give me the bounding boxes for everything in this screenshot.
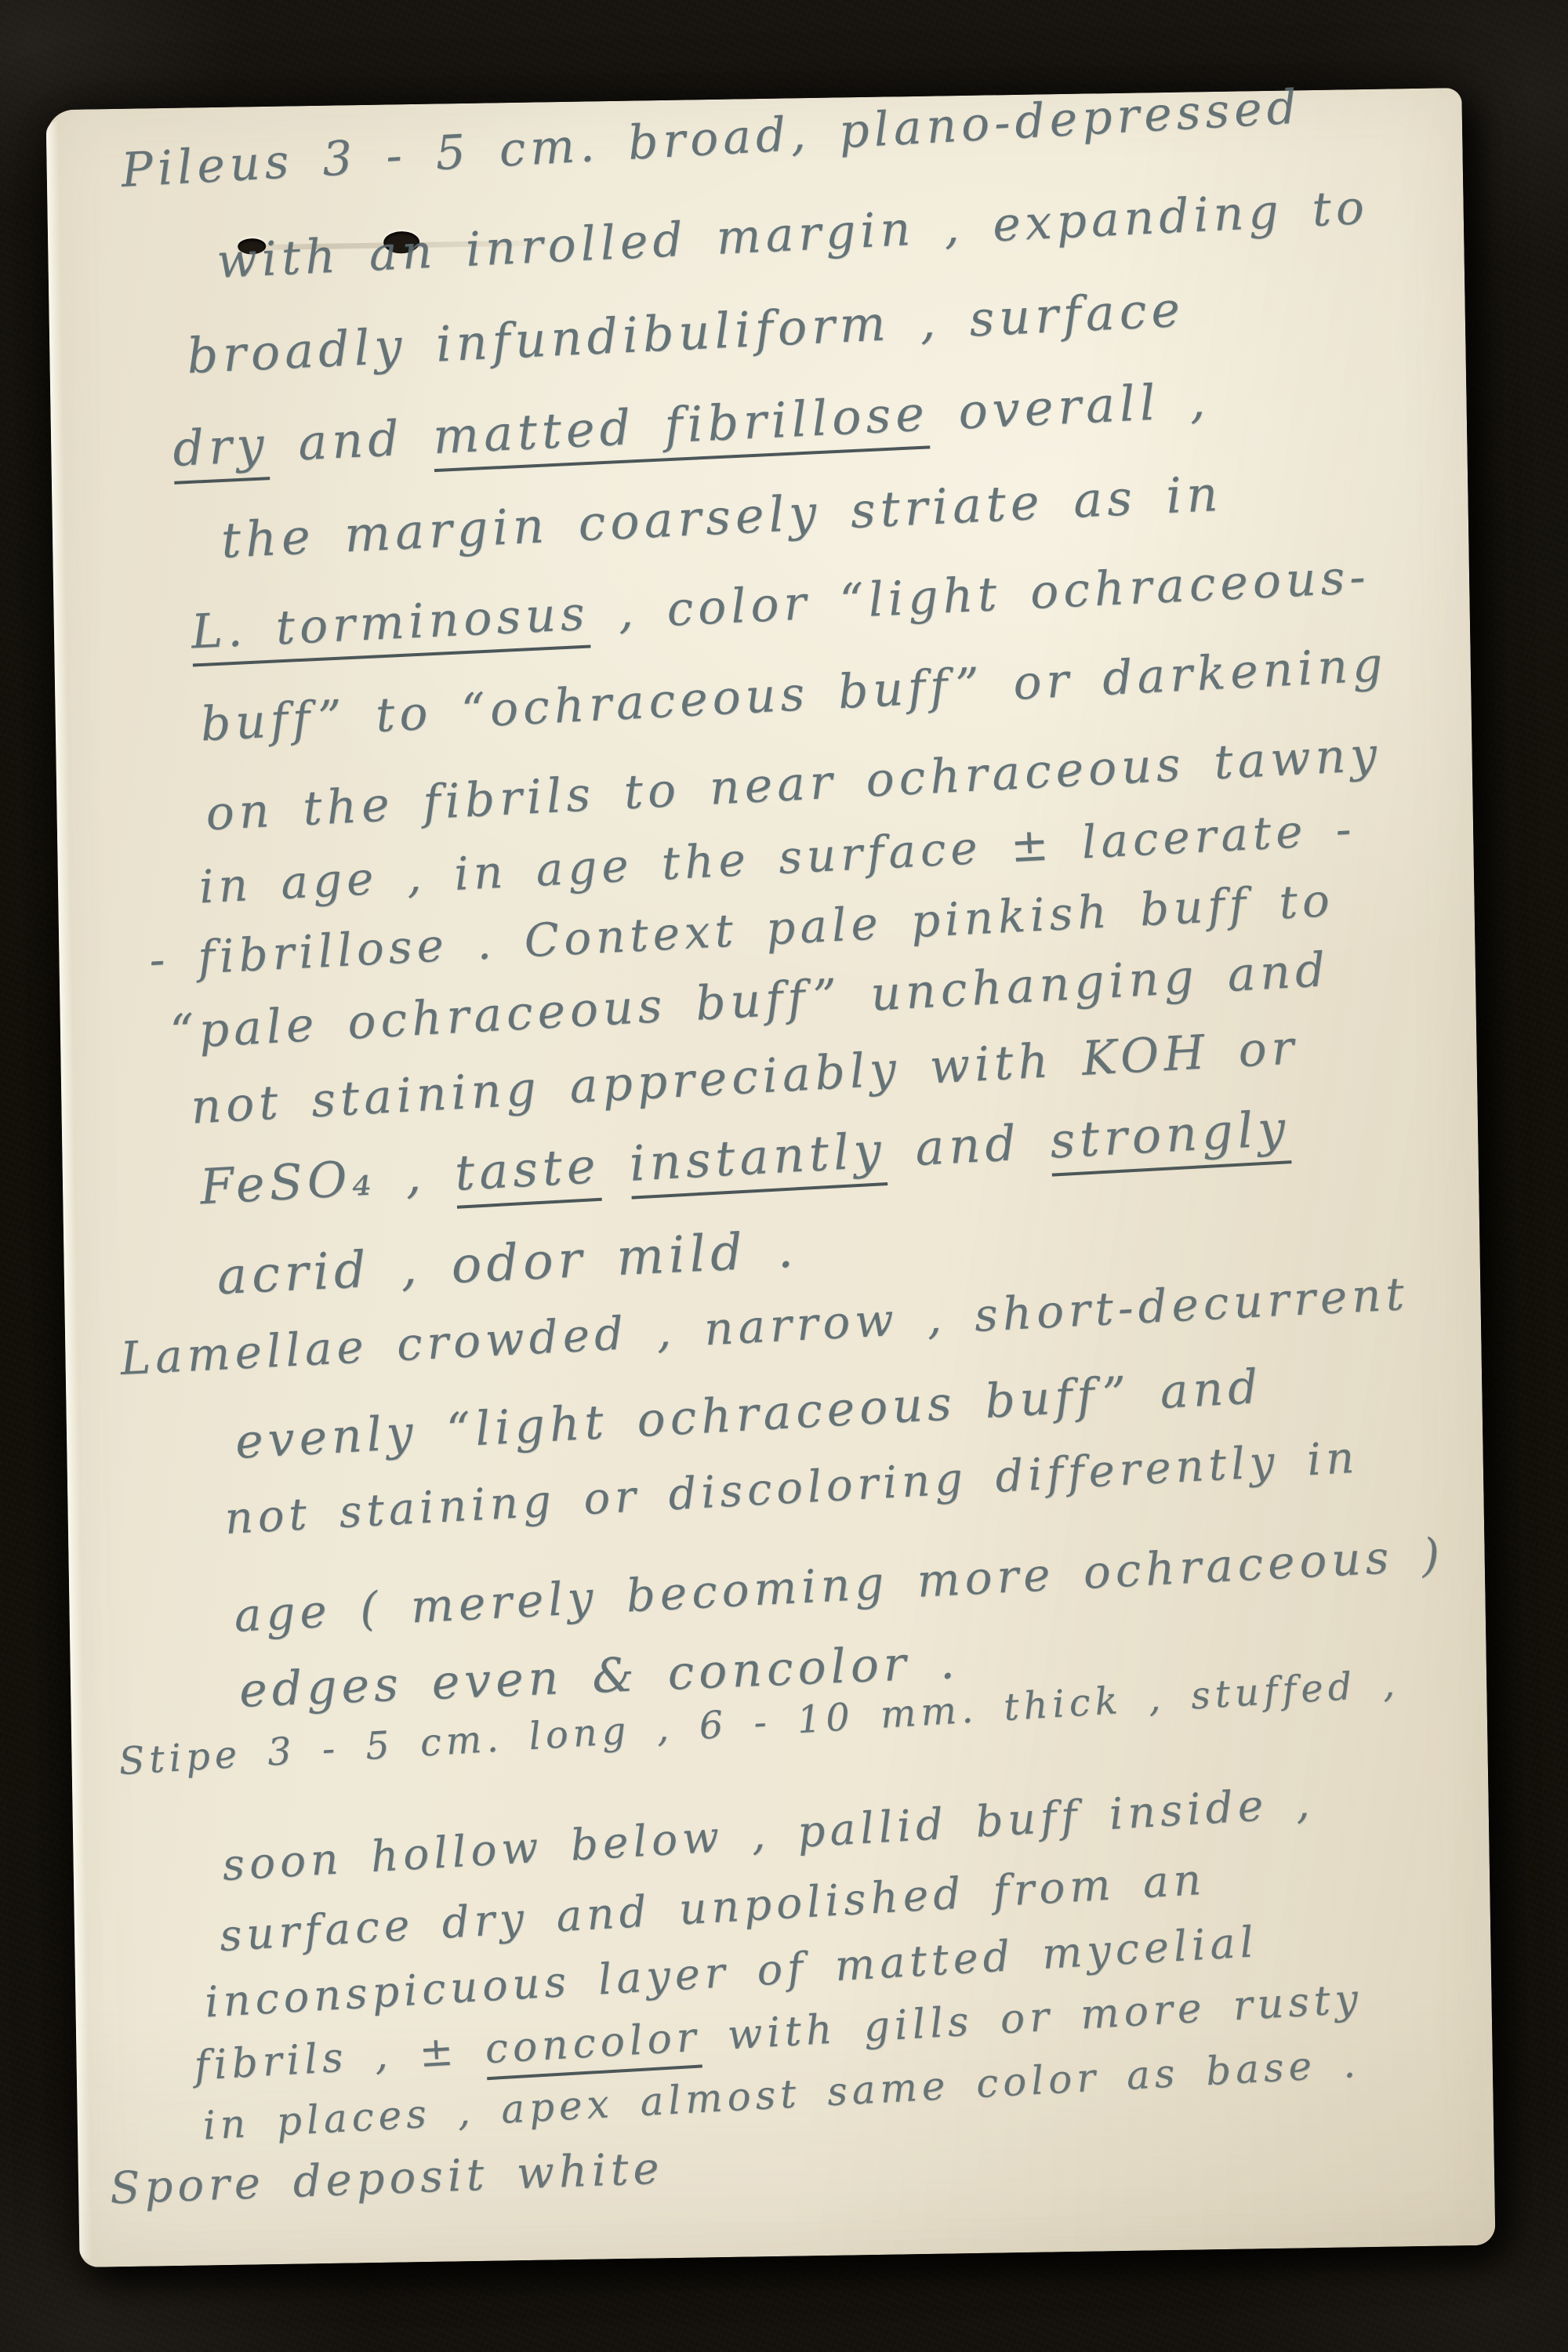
handwritten-line: with an inrolled margin , expanding to: [216, 180, 1370, 289]
handwritten-line: dry and matted fibrillose overall ,: [172, 372, 1211, 477]
underlined-word: strongly: [1048, 1099, 1291, 1176]
handwritten-line: age ( merely becoming more ochraceous ): [233, 1528, 1446, 1642]
underlined-word: taste: [453, 1137, 601, 1209]
word-run: age ( merely becoming more ochraceous ): [233, 1528, 1446, 1642]
word-run: broadly infundibuliform , surface: [186, 281, 1186, 385]
underlined-word: matted fibrillose: [432, 384, 931, 472]
handwritten-line: the margin coarsely striate as in: [220, 465, 1223, 569]
word-run: FeSO₄ ,: [198, 1145, 456, 1216]
word-run: Spore deposit white: [109, 2143, 665, 2215]
word-run: fibrils , ±: [193, 2026, 486, 2089]
underlined-word: concolor: [484, 2014, 702, 2081]
handwritten-line: broadly infundibuliform , surface: [186, 281, 1186, 385]
handwritten-line: Spore deposit white: [109, 2143, 665, 2215]
underlined-word: dry: [172, 416, 270, 485]
word-run: and: [267, 408, 434, 473]
handwritten-line: acrid , odor mild .: [216, 1221, 799, 1306]
handwritten-line: L. torminosus , color “light ochraceous-: [190, 550, 1371, 660]
word-run: acrid , odor mild .: [216, 1221, 799, 1306]
underlined-word: L. torminosus: [190, 586, 590, 667]
word-run: overall ,: [927, 372, 1210, 442]
word-run: [598, 1135, 631, 1194]
word-run: the margin coarsely striate as in: [220, 465, 1223, 569]
word-run: and: [884, 1112, 1052, 1178]
note-card: Pileus 3 - 5 cm. broad, plano-depressedw…: [45, 88, 1495, 2267]
word-run: , color “light ochraceous-: [588, 550, 1371, 641]
word-run: with an inrolled margin , expanding to: [216, 180, 1370, 289]
underlined-word: instantly: [628, 1121, 887, 1200]
